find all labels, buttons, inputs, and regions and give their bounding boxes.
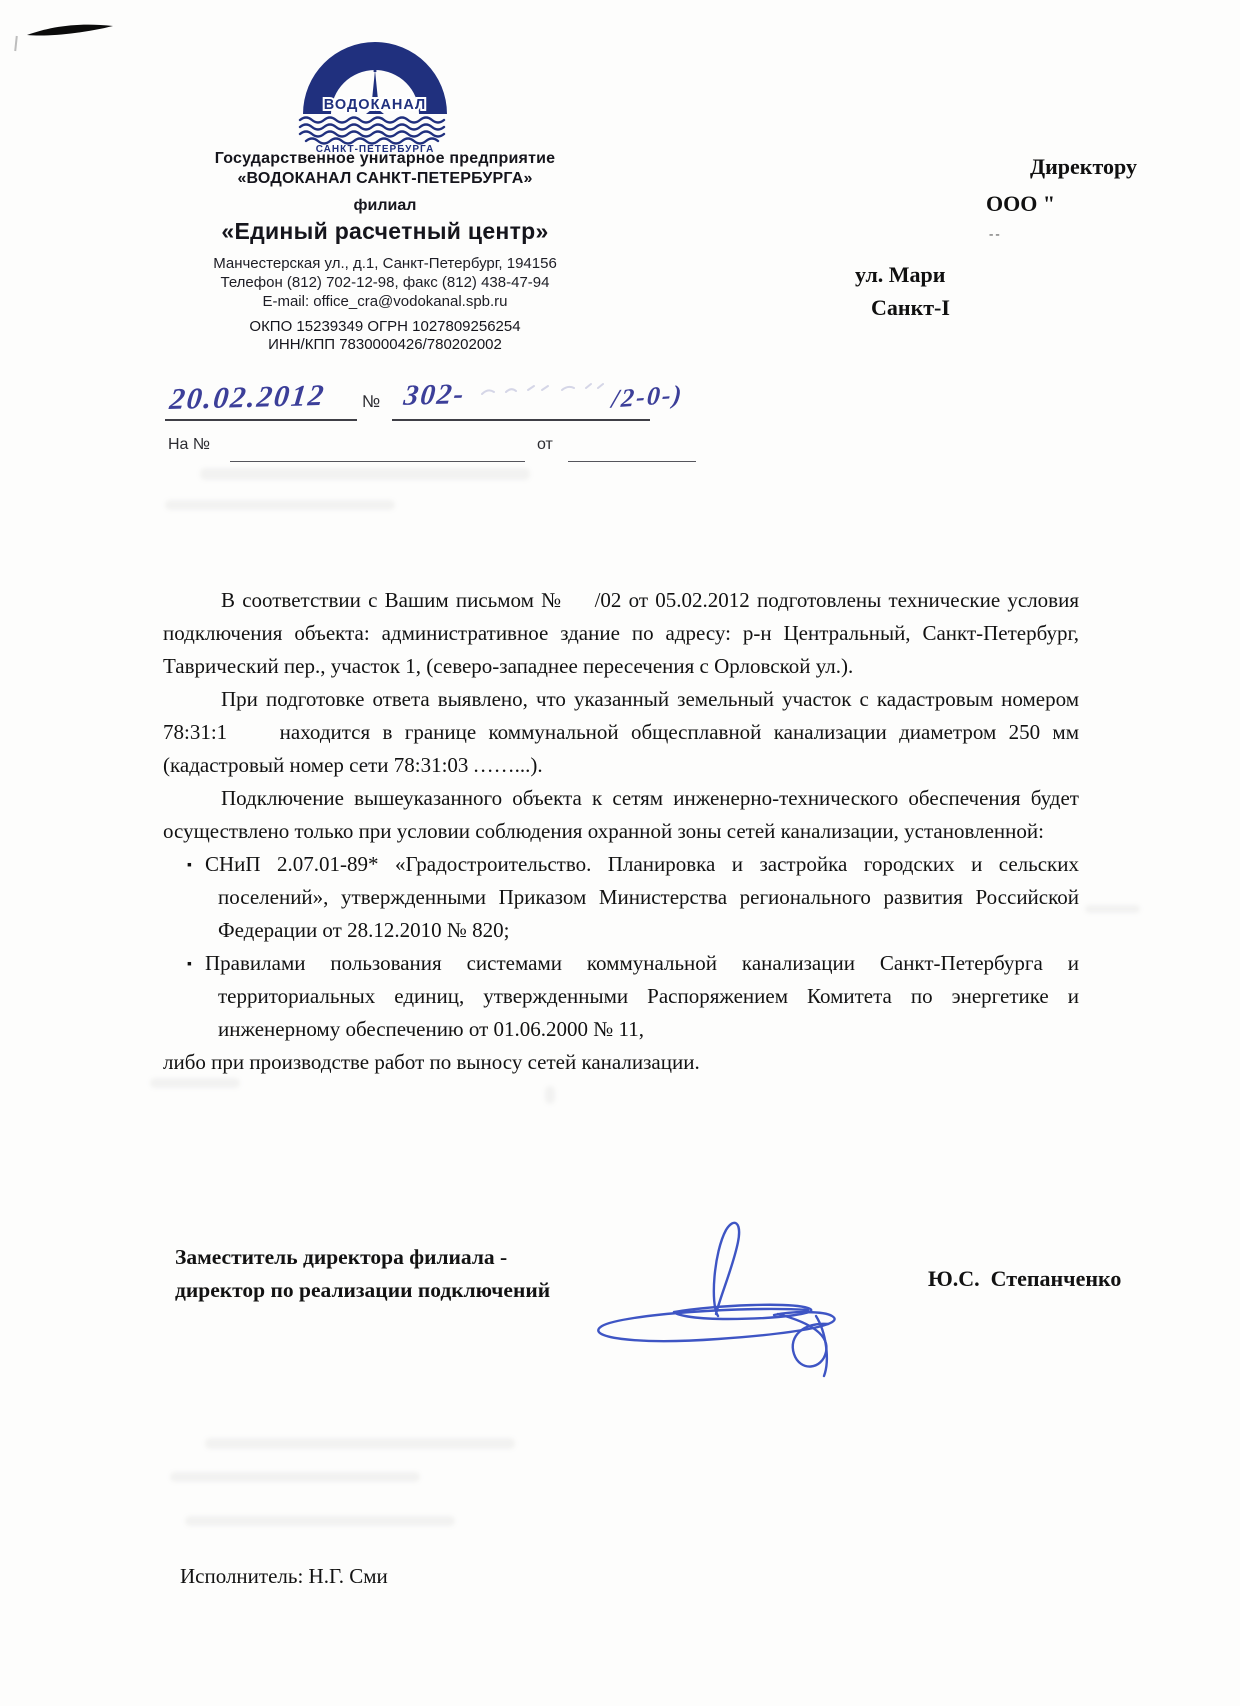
org-name-line1: Государственное унитарное предприятие [152,149,618,169]
letter-page: ВОДОКАНАЛ САНКТ-ПЕТЕРБУРГА Государственн… [0,0,1240,1706]
reply-date-underline [568,461,696,462]
erased-handwriting-mark [478,378,618,404]
logo-title: ВОДОКАНАЛ [324,97,426,113]
handwritten-number: 302- [402,378,467,413]
org-inn-kpp: ИНН/КПП 7830000426/780202002 [152,336,618,354]
bullet-square-icon: ▪ [187,849,192,882]
body-paragraph-1: В соответствии с Вашим письмом № /02 от … [163,584,1079,683]
bleedthrough-smudge [185,1516,455,1526]
branch-label: филиал [152,196,618,215]
org-phone: Телефон (812) 702-12-98, факс (812) 438-… [152,273,618,292]
org-email: E-mail: office_cra@vodokanal.spb.ru [152,292,618,311]
addressee-street: ул. Мари [855,262,945,288]
requirements-list: ▪СНиП 2.07.01-89* «Градостроительство. П… [163,848,1079,1046]
letterhead: Государственное унитарное предприятие «В… [152,149,618,354]
signatory-position-line1: Заместитель директора филиала - [175,1241,550,1274]
signatory-position-line2: директор по реализации подключений [175,1274,550,1307]
addressee-company: ООО " [986,191,1055,217]
signatory-name: Ю.С. Степанченко [928,1266,1121,1292]
branch-name: «Единый расчетный центр» [152,218,618,244]
bleedthrough-smudge [200,468,530,480]
number-label: № [362,392,380,412]
signatory-position: Заместитель директора филиала - директор… [175,1241,550,1307]
bleedthrough-smudge [165,500,395,510]
handwritten-date: 20.02.2012 [168,379,327,417]
addressee-fragment: -- [989,226,1002,242]
pen-stroke-mark [25,20,120,42]
org-name-line2: «ВОДОКАНАЛ САНКТ-ПЕТЕРБУРГА» [152,169,618,189]
org-address: Манчестерская ул., д.1, Санкт-Петербург,… [152,254,618,273]
bleedthrough-smudge [170,1472,420,1482]
body-paragraph-3: Подключение вышеуказанного объекта к сет… [163,782,1079,848]
reply-from-label: от [537,436,553,454]
letter-body: В соответствии с Вашим письмом № /02 от … [163,584,1079,1079]
reply-number-underline [230,461,525,462]
bullet-square-icon: ▪ [187,948,192,981]
scan-artifact-tick [14,36,18,51]
body-closing-line: либо при производстве работ по выносу се… [163,1046,1079,1079]
bleedthrough-smudge [545,1086,555,1104]
org-registration: ОКПО 15239349 ОГРН 1027809256254 [152,318,618,336]
addressee-city: Санкт-I [871,295,950,321]
executor-line: Исполнитель: Н.Г. Сми [180,1564,388,1589]
handwritten-number-suffix: /2-0-) [611,380,685,415]
bleedthrough-smudge [150,1078,240,1088]
vodokanal-logo-icon: ВОДОКАНАЛ САНКТ-ПЕТЕРБУРГА [290,42,460,154]
reply-to-label: На № [168,436,210,454]
signature-scribble-icon [578,1212,913,1380]
bleedthrough-smudge [1085,905,1140,913]
list-item-rules: ▪Правилами пользования системами коммуна… [163,947,1079,1046]
date-underline [165,419,357,421]
body-paragraph-2: При подготовке ответа выявлено, что указ… [163,683,1079,782]
number-underline [392,419,650,421]
addressee-title: Директору [1030,154,1137,180]
bleedthrough-smudge [205,1438,515,1449]
list-item-snip: ▪СНиП 2.07.01-89* «Градостроительство. П… [163,848,1079,947]
